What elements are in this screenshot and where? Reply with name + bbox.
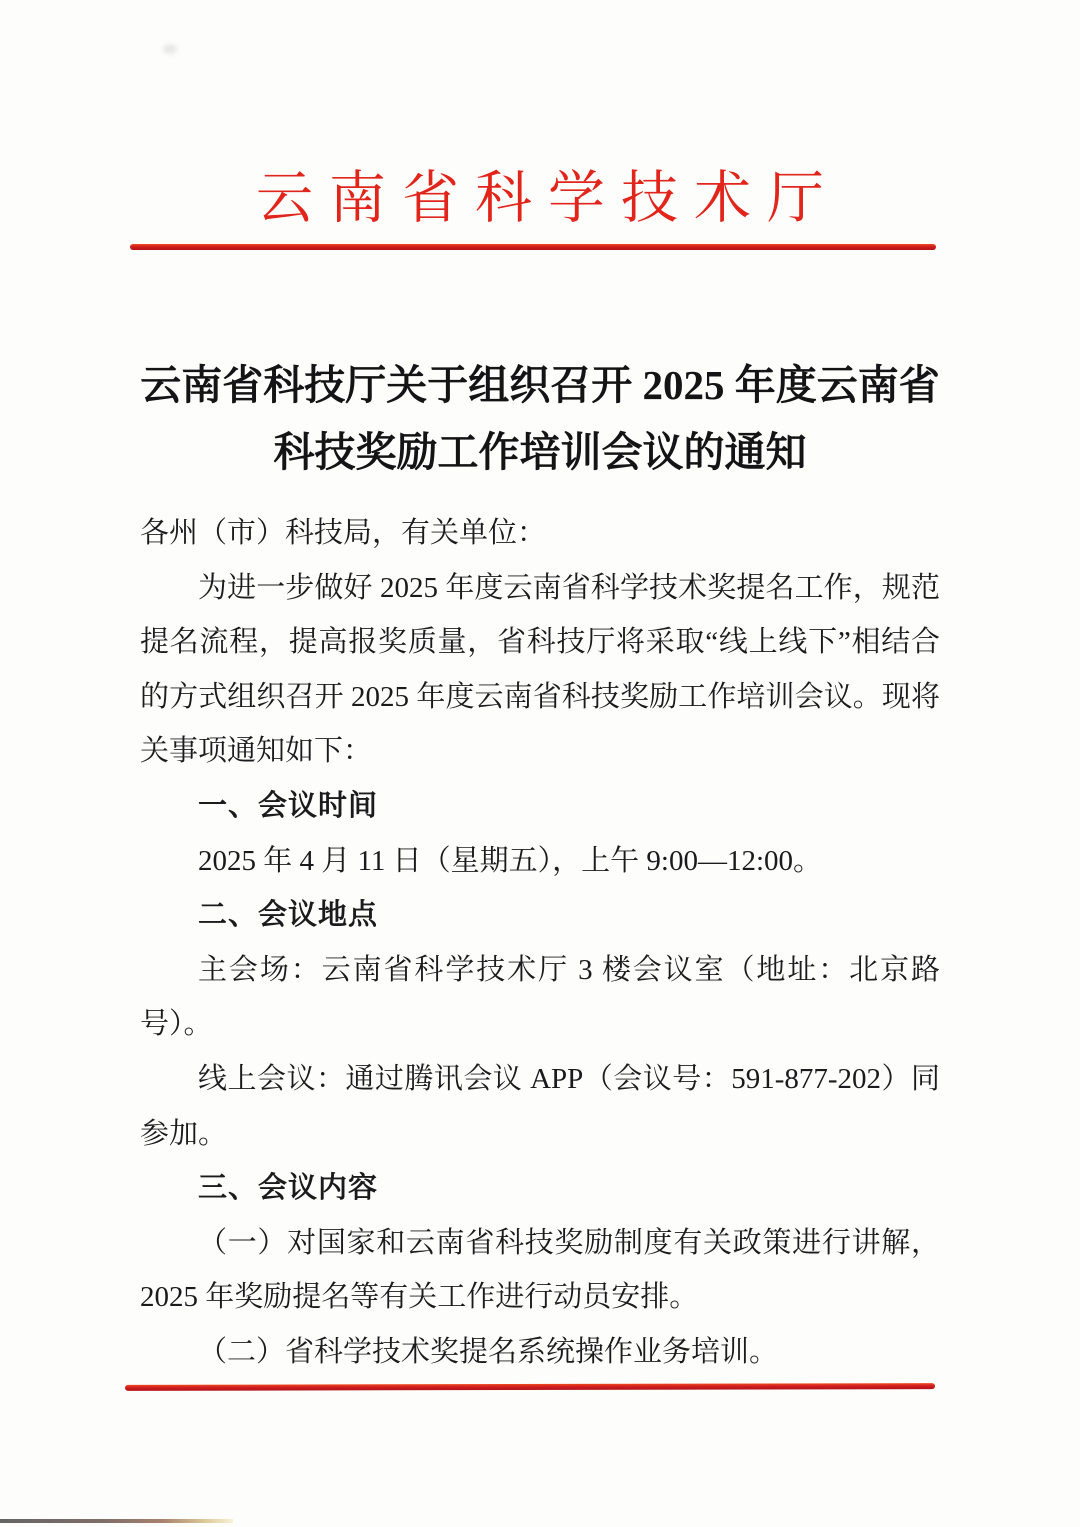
scan-edge-artifact xyxy=(0,1519,233,1523)
intro-line-2: 提名流程，提高报奖质量，省科技厅将采取“线上线下”相结合 xyxy=(140,615,940,670)
salutation: 各州（市）科技局，有关单位： xyxy=(140,506,940,561)
heading-meeting-venue: 二、会议地点 xyxy=(140,888,940,943)
scan-smudge-artifact xyxy=(163,44,177,54)
letterhead-rule xyxy=(130,244,936,250)
agency-letterhead: 云南省科学技术厅 xyxy=(0,152,1080,234)
venue-line-2: 号）。 xyxy=(140,997,940,1052)
document-body: 各州（市）科技局，有关单位： 为进一步做好 2025 年度云南省科学技术奖提名工… xyxy=(140,506,940,1380)
title-line-1: 云南省科技厅关于组织召开 2025 年度云南省 xyxy=(90,352,990,419)
document-title: 云南省科技厅关于组织召开 2025 年度云南省 科技奖励工作培训会议的通知 xyxy=(90,352,990,486)
heading-meeting-time: 一、会议时间 xyxy=(140,779,940,834)
heading-meeting-content: 三、会议内容 xyxy=(140,1161,940,1216)
footer-rule xyxy=(125,1383,935,1391)
online-meeting-line-2: 参加。 xyxy=(140,1107,940,1162)
intro-line-3: 的方式组织召开 2025 年度云南省科技奖励工作培训会议。现将有 xyxy=(140,670,940,725)
venue-line-1: 主会场：云南省科学技术厅 3 楼会议室（地址：北京路 542 xyxy=(140,943,940,998)
online-meeting-line-1: 线上会议：通过腾讯会议 APP（会议号：591-877-202）同步 xyxy=(140,1052,940,1107)
document-page: 云南省科学技术厅 云南省科技厅关于组织召开 2025 年度云南省 科技奖励工作培… xyxy=(0,0,1080,1527)
meeting-time-line: 2025 年 4 月 11 日（星期五），上午 9:00—12:00。 xyxy=(140,834,940,889)
agenda-item-2: （二）省科学技术奖提名系统操作业务培训。 xyxy=(140,1325,940,1380)
intro-line-1: 为进一步做好 2025 年度云南省科学技术奖提名工作，规范 xyxy=(140,561,940,616)
agenda-item-1-line-2: 2025 年奖励提名等有关工作进行动员安排。 xyxy=(140,1270,940,1325)
intro-line-4: 关事项通知如下： xyxy=(140,724,940,779)
agenda-item-1-line-1: （一）对国家和云南省科技奖励制度有关政策进行讲解，就 xyxy=(140,1216,940,1271)
title-line-2: 科技奖励工作培训会议的通知 xyxy=(90,419,990,486)
